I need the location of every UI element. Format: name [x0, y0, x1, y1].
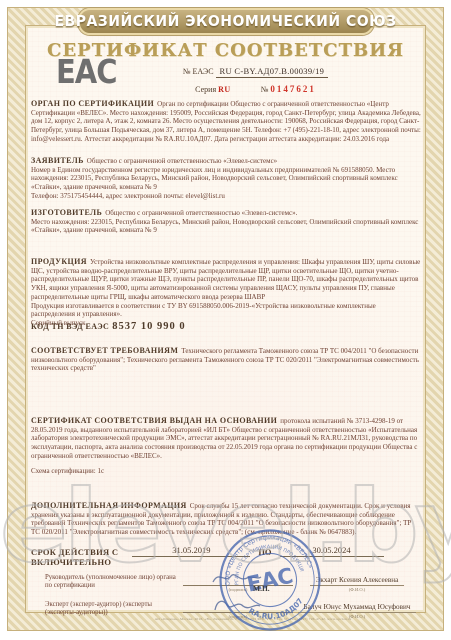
section-manufacturer: ИЗГОТОВИТЕЛЬОбщество с ограниченной отве…	[31, 209, 421, 235]
scheme-text: Схема сертификации: 1с	[31, 467, 104, 475]
section-certification-body: ОРГАН ПО СЕРТИФИКАЦИИОрган по сертификац…	[31, 100, 421, 144]
serial-number: 0147621	[270, 84, 316, 94]
union-banner-text: ЕВРАЗИЙСКИЙ ЭКОНОМИЧЕСКИЙ СОЮЗ	[54, 13, 396, 30]
certification-body-stamp: ООО «Центр Сертификации «ВЕЛЕС» ОРГАН ПО…	[207, 517, 333, 640]
section-header: ОРГАН ПО СЕРТИФИКАЦИИ	[31, 99, 154, 108]
signatory-role: Руководитель (уполномоченное лицо) орган…	[45, 574, 183, 594]
serial-sign: №	[261, 85, 269, 94]
certificate-number: RU С-BY.АД07.В.00039/19	[216, 66, 329, 78]
stamp-place-mark: М.П.	[253, 584, 270, 593]
certification-scheme: Схема сертификации: 1с	[31, 467, 421, 476]
section-complies-with: СООТВЕТСТВУЕТ ТРЕБОВАНИЯМТехнического ре…	[31, 347, 421, 373]
section-header: ПРОДУКЦИЯ	[31, 257, 87, 266]
section-additional-info: ДОПОЛНИТЕЛЬНАЯ ИНФОРМАЦИЯСрок службы 15 …	[31, 502, 421, 537]
section-header: ДОПОЛНИТЕЛЬНАЯ ИНФОРМАЦИЯ	[31, 501, 187, 510]
tnved-code-value: 8537 10 990 0	[112, 321, 185, 332]
series-line: Серия RU № 0147621	[90, 84, 421, 94]
certificate-number-line: № ЕАЭС RU С-BY.АД07.В.00039/19	[90, 66, 421, 76]
section-production: ПРОДУКЦИЯУстройства низковольтные компле…	[31, 258, 421, 328]
series-value: RU	[218, 85, 231, 94]
section-header: КОД ТН ВЭД ЕАЭС	[31, 322, 109, 331]
section-header: ИЗГОТОВИТЕЛЬ	[31, 208, 102, 217]
section-header: ЗАЯВИТЕЛЬ	[31, 156, 84, 165]
series-label: Серия	[195, 85, 216, 94]
section-header: СООТВЕТСТВУЕТ ТРЕБОВАНИЯМ	[31, 346, 178, 355]
number-label: № ЕАЭС	[183, 67, 214, 76]
section-tnved-code: КОД ТН ВЭД ЕАЭС8537 10 990 0	[31, 323, 421, 332]
section-text: Устройства низковольтные комплектные рас…	[31, 258, 420, 327]
section-applicant: ЗАЯВИТЕЛЬОбщество с ограниченной ответст…	[31, 157, 421, 201]
section-issued-on-basis: СЕРТИФИКАТ СООТВЕТСТВИЯ ВЫДАН НА ОСНОВАН…	[31, 417, 421, 461]
section-header: СЕРТИФИКАТ СООТВЕТСТВИЯ ВЫДАН НА ОСНОВАН…	[31, 416, 277, 425]
validity-from-label: СРОК ДЕЙСТВИЯ С	[31, 547, 118, 557]
section-text: Общество с ограниченной ответственностью…	[31, 157, 398, 200]
certificate-page: ЕВРАЗИЙСКИЙ ЭКОНОМИЧЕСКИЙ СОЮЗ СЕРТИФИКА…	[0, 0, 451, 640]
union-banner: ЕВРАЗИЙСКИЙ ЭКОНОМИЧЕСКИЙ СОЮЗ	[78, 8, 374, 35]
